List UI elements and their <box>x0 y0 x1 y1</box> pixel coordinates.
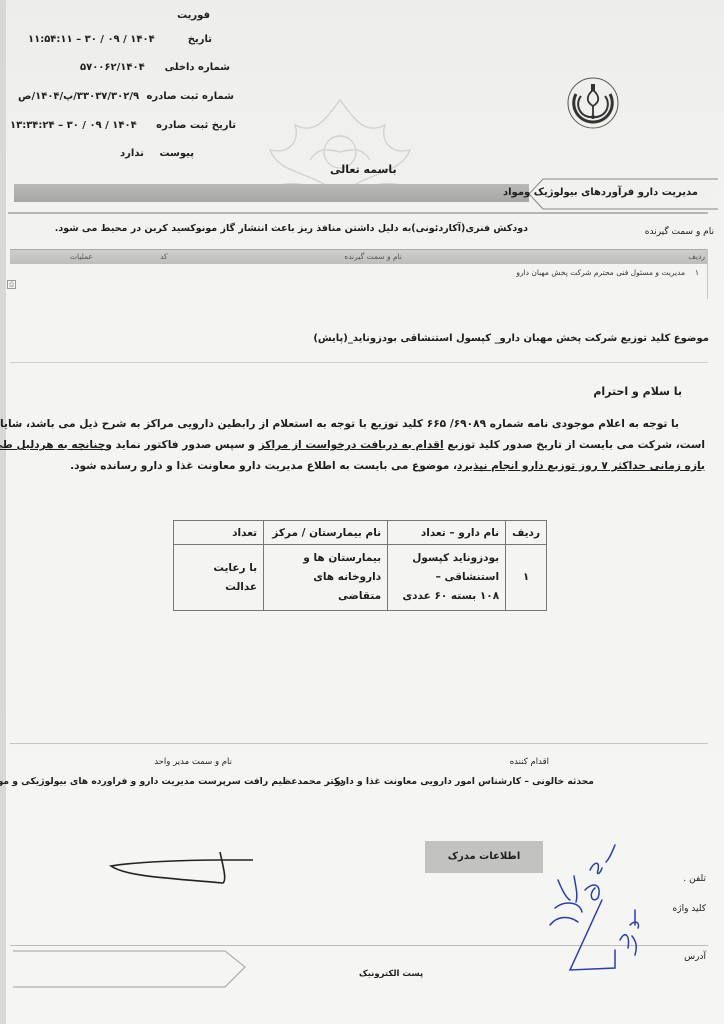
meta-attachment-label: پیوست <box>159 148 194 159</box>
email-field-shape <box>10 945 250 990</box>
invocation-heading: باسمه تعالی <box>330 163 397 176</box>
recipients-grid-header: ردیف نام و سمت گیرنده کد عملیات <box>10 249 707 264</box>
meta-date-label: تاریخ <box>188 34 212 45</box>
actor-name: محدثه خالونی – کارشناس امور دارویی معاون… <box>335 776 594 787</box>
th-center: نام بیمارستان / مرکز <box>264 521 388 545</box>
meta-internal-number: شماره داخلی ۵۷۰۰۶۲/۱۴۰۴ <box>20 62 230 76</box>
cell-drug: بودزوناید کپسول استنشاقی – ۱۰۸ بسته ۶۰ ع… <box>388 545 506 611</box>
col-code: کد <box>160 252 168 261</box>
meta-internal-number-label: شماره داخلی <box>165 62 230 73</box>
row-index: ۱ <box>695 268 699 277</box>
handwritten-annotation <box>540 840 660 980</box>
scan-edge <box>0 0 6 1024</box>
cell-center: بیمارستان ها و داروخانه های متقاضی <box>264 545 388 611</box>
th-quantity: تعداد <box>174 521 264 545</box>
manager-signature <box>105 850 265 900</box>
department-banner: مدیریت دارو فرآوردهای بیولوژیک ومواد <box>8 178 708 210</box>
cell-quantity: با رعایت عدالت <box>174 545 264 611</box>
email-label: پست الکترونیک <box>359 969 423 979</box>
divider <box>10 743 708 744</box>
body-line-3: بازه زمانی حداکثر ۷ روز توزیع دارو انجام… <box>10 456 705 477</box>
banner-bar <box>14 184 529 202</box>
col-recipient: نام و سمت گیرنده <box>344 252 402 261</box>
letter-subject: موضوع کلید توزیع شرکت پخش مهبان دارو_ کپ… <box>313 333 709 344</box>
body-line-1: با توجه به اعلام موجودی نامه شماره ۶۹۰۸۹… <box>10 414 705 435</box>
distribution-table: ردیف نام دارو – تعداد نام بیمارستان / مر… <box>173 520 547 611</box>
cell-index: ۱ <box>506 545 547 611</box>
meta-date-value: ۱۴۰۴ / ۰۹ / ۳۰ – ۱۱:۵۴:۱۱ <box>28 34 155 45</box>
letter-page: فوریت تاریخ ۱۴۰۴ / ۰۹ / ۳۰ – ۱۱:۵۴:۱۱ شم… <box>0 0 724 1024</box>
actor-label: اقدام کننده <box>510 757 549 767</box>
table-row: ۱ بودزوناید کپسول استنشاقی – ۱۰۸ بسته ۶۰… <box>174 545 547 611</box>
meta-outgoing-number: شماره ثبت صادره ۳۳۰۳۷/۳۰۲/۹/پ/۱۴۰۴/ص <box>18 91 234 105</box>
meta-internal-number-value: ۵۷۰۰۶۲/۱۴۰۴ <box>80 62 145 73</box>
department-name: مدیریت دارو فرآوردهای بیولوژیک ومواد <box>503 187 698 198</box>
meta-outgoing-number-value: ۳۳۰۳۷/۳۰۲/۹/پ/۱۴۰۴/ص <box>18 91 139 102</box>
meta-outgoing-date: تاریخ ثبت صادره ۱۴۰۴ / ۰۹ / ۳۰ – ۱۳:۳۴:۲… <box>10 120 236 134</box>
letter-body: با توجه به اعلام موجودی نامه شماره ۶۹۰۸۹… <box>10 414 705 477</box>
recipient-label: نام و سمت گیرنده <box>645 227 714 237</box>
body-line-2: است، شرکت می بایست از تاریخ صدور کلید تو… <box>10 435 705 456</box>
meta-attachment: پیوست ندارد <box>120 148 194 162</box>
address-label: آدرس <box>684 952 706 962</box>
meta-date: تاریخ ۱۴۰۴ / ۰۹ / ۳۰ – ۱۱:۵۴:۱۱ <box>20 34 212 48</box>
manager-label: نام و سمت مدیر واحد <box>154 757 232 767</box>
manager-name: دکتر محمدعظیم رافت سرپرست مدیریت دارو و … <box>0 776 344 787</box>
th-drug: نام دارو – تعداد <box>388 521 506 545</box>
banner-divider <box>8 212 708 214</box>
divider <box>10 362 708 363</box>
recipient-note: دودکش فنری(آکاردئونی)به دلیل داشتن منافذ… <box>55 223 528 234</box>
meta-outgoing-date-label: تاریخ ثبت صادره <box>156 120 236 131</box>
meta-attachment-value: ندارد <box>120 148 144 159</box>
meta-outgoing-number-label: شماره ثبت صادره <box>146 91 234 102</box>
row-recipient: مدیریت و مسئول فنی محترم شرکت پخش مهبان … <box>516 268 685 277</box>
col-index: ردیف <box>688 252 705 261</box>
distribution-table-header: ردیف نام دارو – تعداد نام بیمارستان / مر… <box>174 521 547 545</box>
print-icon[interactable]: ⎙ <box>7 280 16 289</box>
th-index: ردیف <box>506 521 547 545</box>
university-logo-icon <box>566 76 620 130</box>
recipients-grid: ردیف نام و سمت گیرنده کد عملیات ۱ مدیریت… <box>10 249 708 299</box>
col-actions: عملیات <box>70 252 93 261</box>
keyword-label: کلید واژه <box>673 904 706 914</box>
document-info-button[interactable]: اطلاعات مدرک <box>425 841 543 873</box>
phone-label: تلفن . <box>683 874 706 884</box>
salutation: با سلام و احترام <box>593 385 682 398</box>
meta-outgoing-date-value: ۱۴۰۴ / ۰۹ / ۳۰ – ۱۳:۳۴:۲۴ <box>10 120 137 131</box>
